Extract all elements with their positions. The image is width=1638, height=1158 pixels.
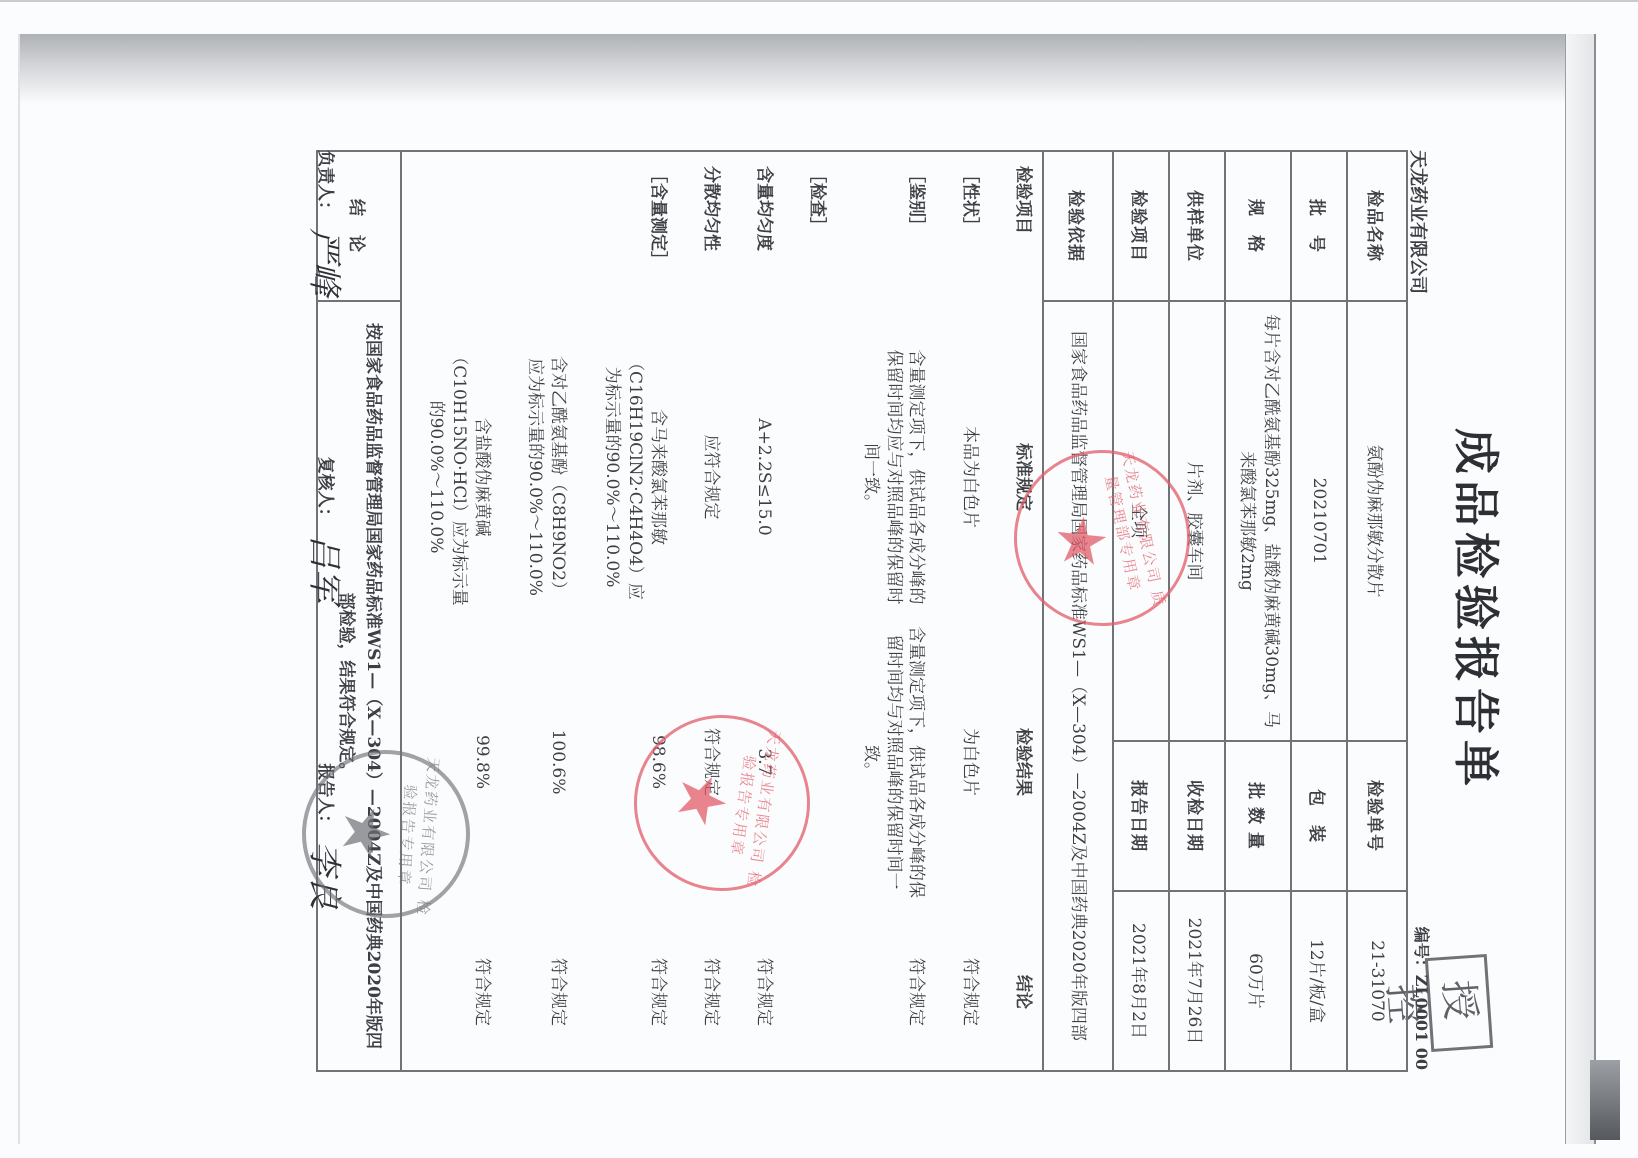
reviewer-signature-mark: 吕军 — [303, 535, 352, 603]
report-table: 检品名称 氨酚伪麻那敏分散片 检验单号 21-31070 批 号 2021070… — [316, 150, 1408, 1072]
result-row-7-item — [402, 152, 501, 342]
result-row-4-item: 分散均匀性 — [677, 152, 730, 342]
row-supplier: 供样单位 片剂、胶囊车间 收检日期 2021年7月26日 — [1169, 151, 1225, 1071]
test-items: 全项 — [1113, 301, 1169, 741]
result-row-1-item: ［鉴别］ — [836, 152, 935, 342]
result-row-7-standard: 含盐酸伪麻黄碱（C10H15NO·HCl）应为标示量的90.0%～110.0% — [402, 342, 501, 612]
result-row-5-standard: 含马来酸氯苯那敏（C16H19ClN2·C4H4O4）应为标示量的90.0%～1… — [577, 342, 676, 612]
result-row-3-result: 3.7 — [730, 612, 783, 912]
result-row-6-result: 100.6% — [501, 612, 577, 912]
result-row-0-standard: 本品为白色片 — [935, 342, 988, 612]
receive-date-label: 收检日期 — [1169, 741, 1225, 891]
basis: 国家食品药品监督管理局国家药品标准WS1—（X—304）—2004Z及中国药典2… — [1043, 301, 1113, 1071]
results-cell: 检验项目标准规定检验结果结论［性状］本品为白色片为白色片符合规定［鉴别］含量测定… — [401, 151, 1043, 1071]
result-row-2-result — [783, 612, 836, 912]
result-row-4-conclusion: 符合规定 — [677, 912, 730, 1072]
packaging-label: 包 装 — [1291, 741, 1347, 891]
result-row-0-result: 为白色片 — [935, 612, 988, 912]
test-items-label: 检验项目 — [1113, 151, 1169, 301]
result-row-0-conclusion: 符合规定 — [935, 912, 988, 1072]
report-no: 21-31070 — [1347, 891, 1407, 1071]
result-row-3-conclusion: 符合规定 — [730, 912, 783, 1072]
inspection-report-form: 成品检验报告单 授控 天龙药业有限公司 编号：ZL0001 00 检品名称 氨酚… — [290, 150, 1520, 1070]
supplier: 片剂、胶囊车间 — [1169, 301, 1225, 741]
scan-corner-shadow — [1590, 1060, 1620, 1140]
column-header-standard: 标准规定 — [989, 342, 1042, 612]
reporter-label: 报告人： — [315, 763, 340, 831]
controlled-copy-stamp: 授控 — [1425, 954, 1493, 1052]
result-row-2-conclusion — [783, 912, 836, 1072]
result-row-5-item: ［含量测定］ — [577, 152, 676, 342]
result-row-6-standard: 含对乙酰氨基酚（C8H9NO2）应为标示量的90.0%～110.0% — [501, 342, 577, 612]
document-code: 编号：ZL0001 00 — [1411, 927, 1434, 1070]
product-name: 氨酚伪麻那敏分散片 — [1347, 301, 1407, 741]
spec-label: 规 格 — [1225, 151, 1291, 301]
batch-qty: 60万片 — [1225, 891, 1291, 1071]
result-row-5-result: 98.6% — [577, 612, 676, 912]
receive-date: 2021年7月26日 — [1169, 891, 1225, 1071]
column-header-result: 检验结果 — [989, 612, 1042, 912]
result-row-4-standard: 应符合规定 — [677, 342, 730, 612]
spec: 每片含对乙酰氨基酚325mg、盐酸伪麻黄碱30mg、马来酸氯苯那敏2mg — [1225, 301, 1291, 741]
result-row-2-item: ［检查］ — [783, 152, 836, 342]
responsible-label: 负责人： — [315, 150, 340, 218]
reviewer-label: 复核人： — [315, 457, 340, 525]
basis-label: 检验依据 — [1043, 151, 1113, 301]
row-basis: 检验依据 国家食品药品监督管理局国家药品标准WS1—（X—304）—2004Z及… — [1043, 151, 1113, 1071]
result-row-1-result: 含量测定项下，供试品各成分峰的保留时间均与对照品峰的保留时间一致。 — [836, 612, 935, 912]
column-header-item: 检验项目 — [989, 152, 1042, 342]
supplier-label: 供样单位 — [1169, 151, 1225, 301]
responsible-signature-mark: 严峰 — [303, 228, 352, 296]
batch-qty-label: 批 数 量 — [1225, 741, 1291, 891]
reporter-signature-mark: 李良 — [303, 841, 352, 909]
result-row-1-standard: 含量测定项下，供试品各成分峰的保留时间均应与对照品峰的保留时间一致。 — [836, 342, 935, 612]
result-row-4-result: 符合规定 — [677, 612, 730, 912]
row-results: 检验项目标准规定检验结果结论［性状］本品为白色片为白色片符合规定［鉴别］含量测定… — [401, 151, 1043, 1071]
document-title: 成品检验报告单 — [1446, 150, 1512, 1070]
scan-right-edge — [1565, 34, 1596, 1144]
result-row-2-standard — [783, 342, 836, 612]
result-row-7-conclusion: 符合规定 — [402, 912, 501, 1072]
result-row-1-conclusion: 符合规定 — [836, 912, 935, 1072]
result-row-0-item: ［性状］ — [935, 152, 988, 342]
scan-shadow — [20, 34, 1595, 104]
report-date: 2021年8月2日 — [1113, 891, 1169, 1071]
product-name-label: 检品名称 — [1347, 151, 1407, 301]
row-test-items: 检验项目 全项 报告日期 2021年8月2日 — [1113, 151, 1169, 1071]
row-spec: 规 格 每片含对乙酰氨基酚325mg、盐酸伪麻黄碱30mg、马来酸氯苯那敏2mg… — [1225, 151, 1291, 1071]
batch-no-label: 批 号 — [1291, 151, 1347, 301]
company-name: 天龙药业有限公司 — [1406, 150, 1432, 294]
page-edge — [0, 0, 1638, 2]
packaging: 12片/板/盒 — [1291, 891, 1347, 1071]
report-no-label: 检验单号 — [1347, 741, 1407, 891]
responsible-signature: 负责人： 严峰 — [303, 150, 352, 457]
result-row-7-result: 99.8% — [402, 612, 501, 912]
row-batch: 批 号 20210701 包 装 12片/板/盒 — [1291, 151, 1347, 1071]
row-product: 检品名称 氨酚伪麻那敏分散片 检验单号 21-31070 — [1347, 151, 1407, 1071]
result-row-3-item: 含量均匀度 — [730, 152, 783, 342]
reviewer-signature: 复核人： 吕军 — [303, 457, 352, 764]
scan-left-edge — [18, 34, 20, 1144]
result-row-6-conclusion: 符合规定 — [501, 912, 577, 1072]
results-grid: 检验项目标准规定检验结果结论［性状］本品为白色片为白色片符合规定［鉴别］含量测定… — [402, 152, 1042, 1070]
signature-row: 负责人： 严峰 复核人： 吕军 报告人： 李良 — [303, 150, 352, 1070]
result-row-3-standard: A+2.2S≤15.0 — [730, 342, 783, 612]
reporter-signature: 报告人： 李良 — [303, 763, 352, 1070]
batch-no: 20210701 — [1291, 301, 1347, 741]
report-date-label: 报告日期 — [1113, 741, 1169, 891]
column-header-conclusion: 结论 — [989, 912, 1042, 1072]
result-row-5-conclusion: 符合规定 — [577, 912, 676, 1072]
result-row-6-item — [501, 152, 577, 342]
